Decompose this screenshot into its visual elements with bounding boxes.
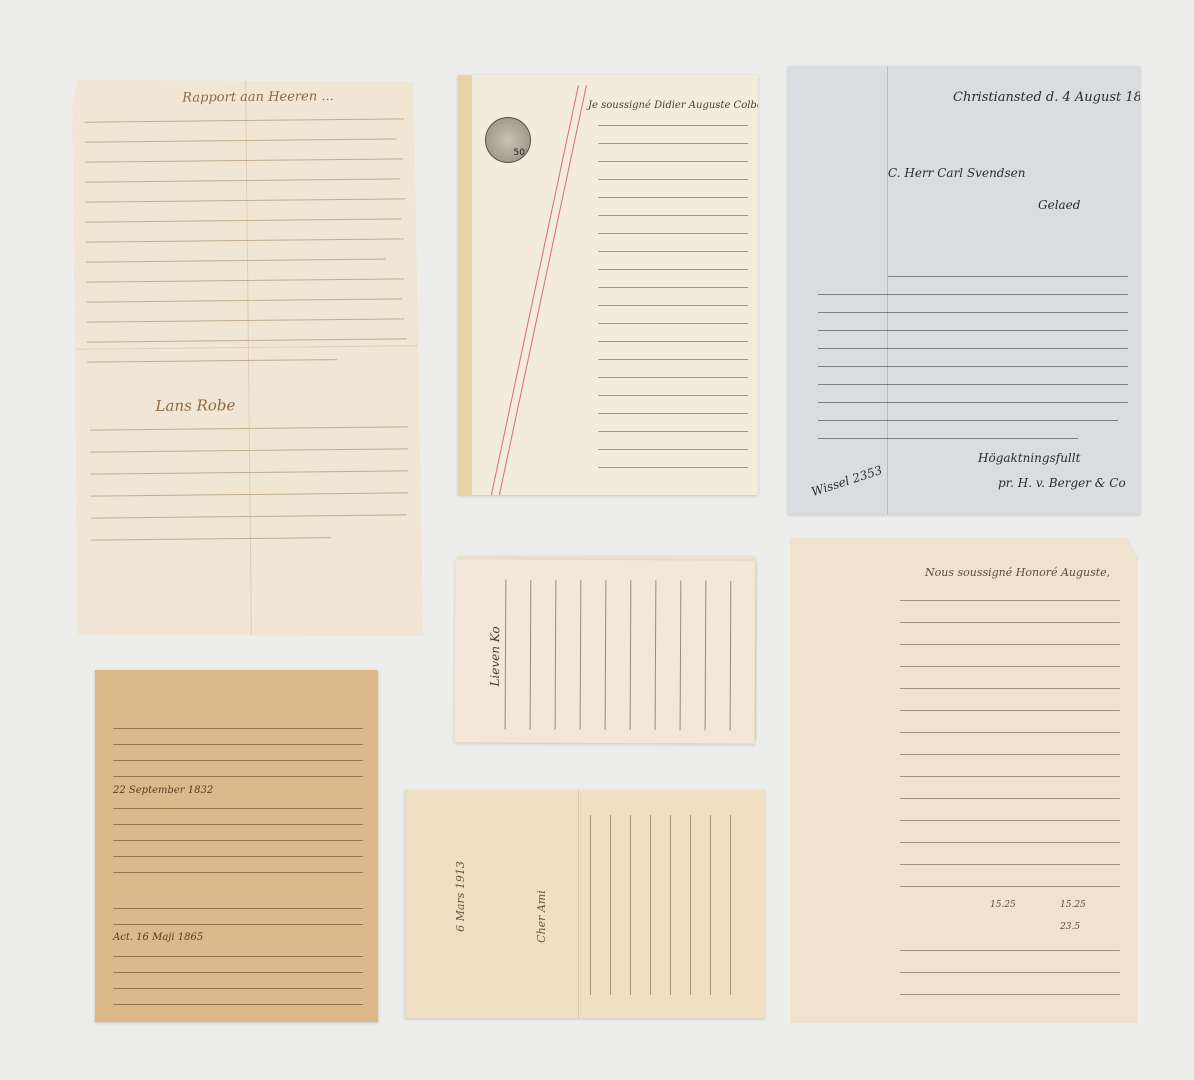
table-value: 15.25 bbox=[1060, 900, 1086, 910]
table-value: 23.5 bbox=[1060, 922, 1080, 932]
document-top-left-letter: Rapport aan Heeren ... Lans Robe bbox=[72, 76, 423, 640]
handwriting-block bbox=[95, 670, 378, 1022]
document-blue-grey-letter: Christiansted d. 4 August 1865 C. Herr C… bbox=[788, 66, 1140, 514]
document-bottom-right-legal: Nous soussigné Honoré Auguste, 15.25 15.… bbox=[790, 538, 1138, 1023]
closing: Högaktningsfullt bbox=[978, 451, 1080, 465]
handwriting-block bbox=[788, 66, 1140, 514]
handwriting-block bbox=[458, 75, 758, 495]
date-line: Act. 16 Maji 1865 bbox=[113, 932, 203, 943]
handwriting-block bbox=[405, 790, 765, 1018]
document-stamped-legal: 50 Je soussigné Didier Auguste Colbert bbox=[458, 75, 758, 495]
document-small-folded-note: Lieven Ko bbox=[455, 559, 756, 744]
document-aged-brown-letter: 22 September 1832 Act. 16 Maji 1865 bbox=[95, 670, 378, 1022]
handwriting-block bbox=[72, 76, 423, 640]
section-heading: Lans Robe bbox=[155, 396, 235, 415]
signature: pr. H. v. Berger & Co bbox=[998, 476, 1126, 490]
handwriting-block bbox=[455, 559, 756, 744]
document-bottom-middle-letter: 6 Mars 1913 Cher Ami bbox=[405, 790, 765, 1018]
handwriting-block bbox=[790, 538, 1138, 1023]
table-value: 15.25 bbox=[990, 900, 1016, 910]
date-reference: 22 September 1832 bbox=[113, 785, 213, 796]
